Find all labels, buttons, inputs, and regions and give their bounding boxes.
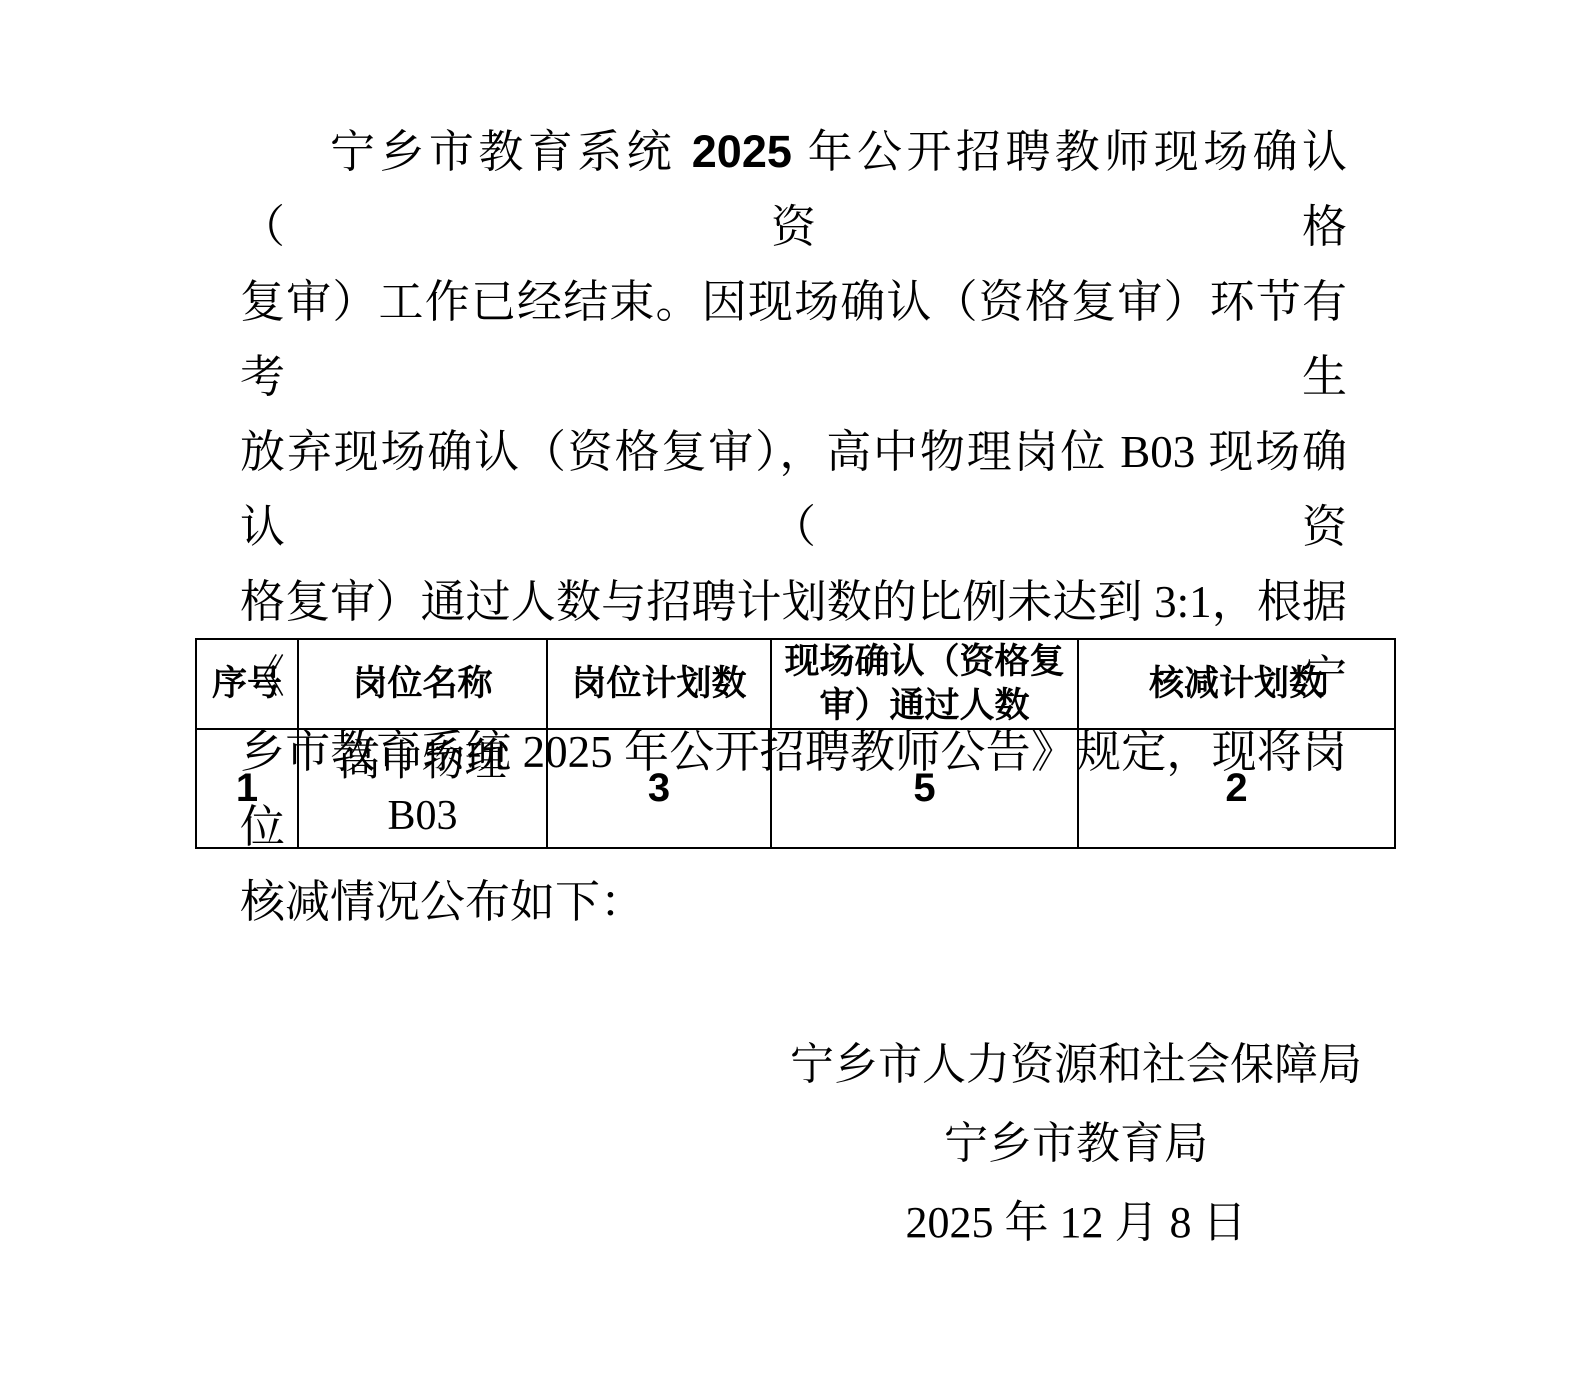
cell-job: 高中物理 B03 (298, 729, 547, 848)
paragraph-line-1-year: 2025 (692, 126, 792, 177)
cell-passed-count: 5 (771, 729, 1078, 848)
cell-seq: 1 (196, 729, 298, 848)
col-header-plan-count: 岗位计划数 (547, 639, 771, 729)
cell-reduced-count: 2 (1078, 729, 1395, 848)
paragraph-line-2: 复审）工作已经结束。因现场确认（资格复审）环节有考生 (240, 265, 1347, 415)
announcement-page: 宁乡市教育系统 2025 年公开招聘教师现场确认（资格 复审）工作已经结束。因现… (0, 0, 1587, 1378)
paragraph-line-1: 宁乡市教育系统 2025 年公开招聘教师现场确认（资格 (240, 114, 1347, 265)
col-header-seq: 序号 (196, 639, 298, 729)
signature-agency-2: 宁乡市教育局 (766, 1104, 1386, 1183)
signature-date: 2025 年 12 月 8 日 (766, 1183, 1386, 1262)
paragraph-line-1-pre: 宁乡市教育系统 (330, 127, 692, 177)
signature-agency-1: 宁乡市人力资源和社会保障局 (766, 1025, 1386, 1104)
col-header-job-name: 岗位名称 (298, 639, 547, 729)
cell-job-code: B03 (305, 789, 540, 843)
signature-block: 宁乡市人力资源和社会保障局 宁乡市教育局 2025 年 12 月 8 日 (766, 1025, 1386, 1262)
table-header-row: 序号 岗位名称 岗位计划数 现场确认（资格复审）通过人数 核减计划数 (196, 639, 1395, 729)
cell-job-name: 高中物理 (305, 735, 540, 789)
col-header-passed-count: 现场确认（资格复审）通过人数 (771, 639, 1078, 729)
paragraph-line-6: 核减情况公布如下： (240, 865, 1347, 940)
paragraph-line-3: 放弃现场确认（资格复审），高中物理岗位 B03 现场确认（资 (240, 415, 1347, 565)
cell-plan-count: 3 (547, 729, 771, 848)
col-header-reduced-count: 核减计划数 (1078, 639, 1395, 729)
table-row: 1 高中物理 B03 3 5 2 (196, 729, 1395, 848)
position-reduction-table: 序号 岗位名称 岗位计划数 现场确认（资格复审）通过人数 核减计划数 1 高中物… (195, 638, 1396, 849)
